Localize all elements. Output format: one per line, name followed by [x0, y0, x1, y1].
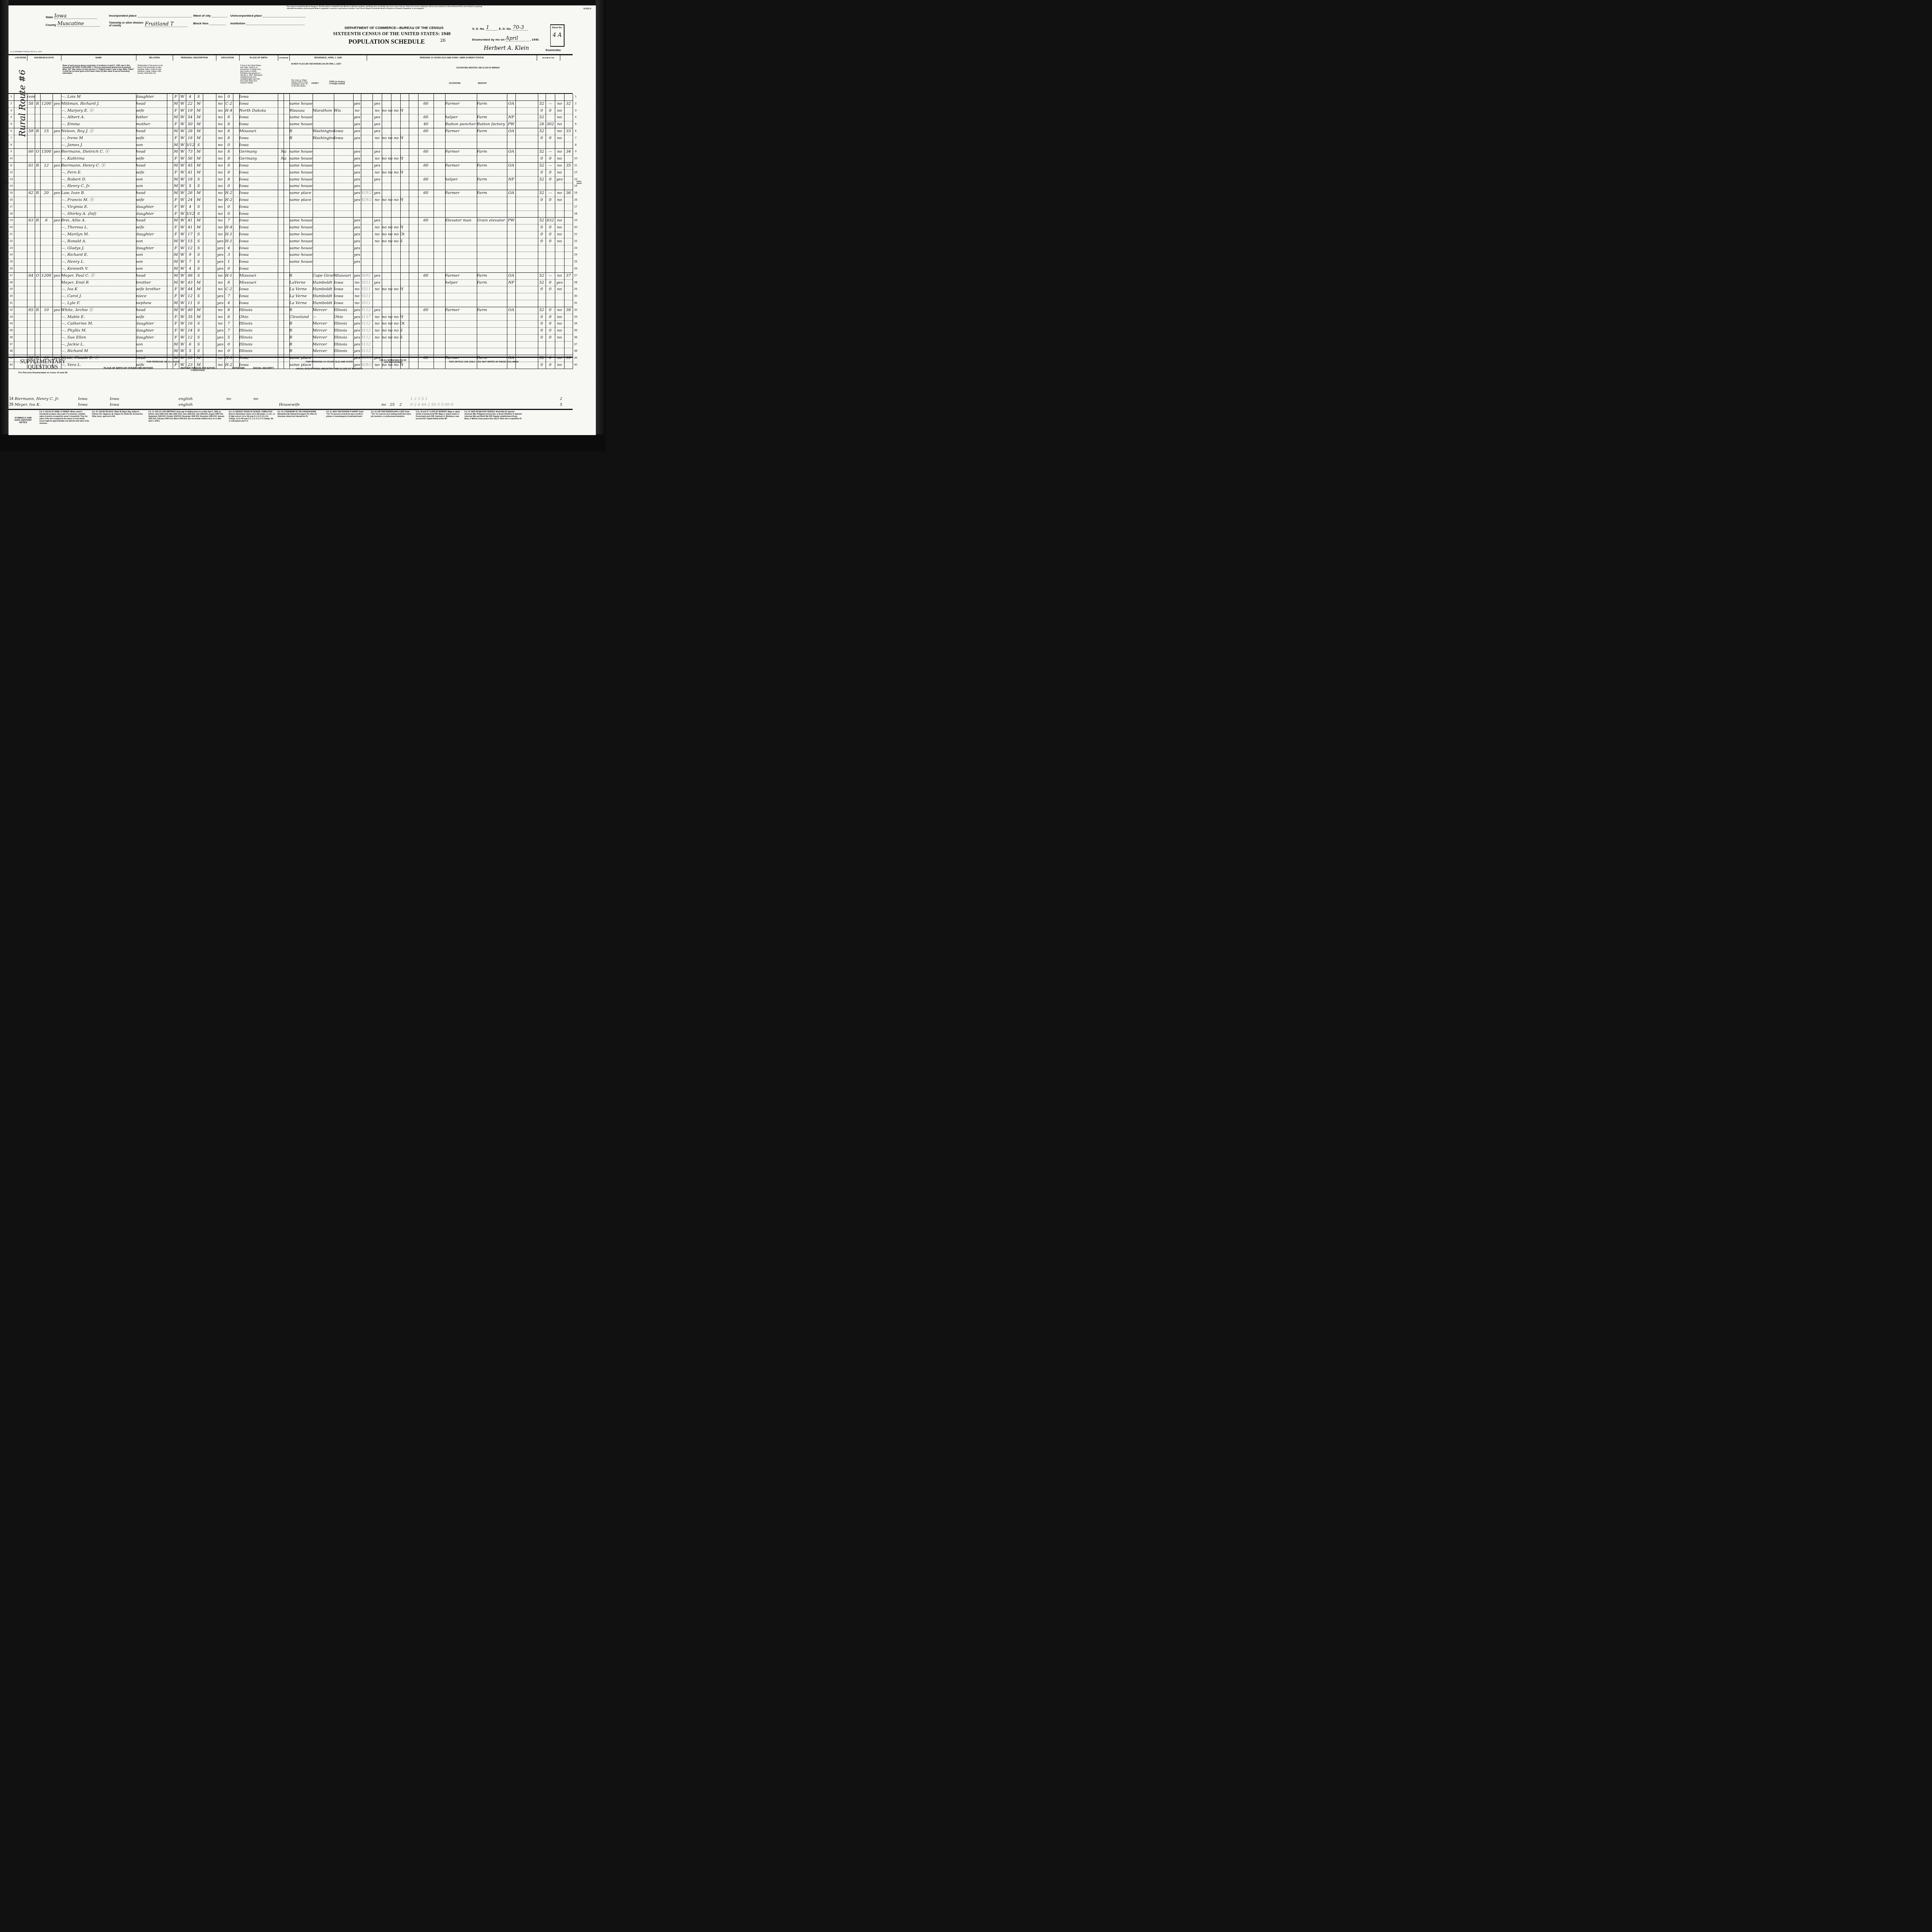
cell-race: W [179, 348, 186, 355]
cell-farm [53, 135, 61, 142]
cell-marital: M [194, 170, 203, 176]
cell-work: yes [372, 163, 382, 169]
cell-citizenship [278, 121, 289, 128]
form-number: 16-322 A [583, 8, 591, 10]
cell-citizenship [278, 266, 289, 272]
table-row: 35—, Phyllis M.daughterFW14Syes7Illinois… [9, 328, 573, 335]
cell-name: —, Richard E. [61, 252, 136, 259]
cell-marital: M [194, 121, 203, 128]
cell-wages [546, 266, 555, 272]
scan-edge-right [596, 0, 606, 451]
cell-relation: head [136, 163, 167, 169]
cell-res-code [361, 218, 372, 224]
cell-hours [418, 252, 434, 259]
cell-race: W [179, 108, 186, 114]
cell-line-right: 34 [573, 321, 579, 327]
cell-farm [53, 335, 61, 341]
cell-race: W [179, 273, 186, 279]
cell-race: W [179, 121, 186, 128]
table-row: 38—, Richard MsonMW5Sno0IllinoisRMercerI… [9, 348, 573, 355]
table-row: 659R15yesNelson, Roy J. ⓧheadMW28Mno8Mis… [9, 128, 573, 135]
cell-line-right: 16 [573, 197, 579, 204]
cell-birthplace: Iowa [239, 163, 278, 169]
cell-age: 5 [186, 183, 194, 190]
cell-tenure [35, 293, 40, 300]
cell-line: 29 [9, 286, 14, 293]
cell-line: 33 [9, 314, 14, 321]
cell-name: Mittman, Richard J. [61, 101, 136, 107]
cell-name: Brei, Allie A. [61, 218, 136, 224]
cell-other-income [555, 204, 564, 211]
cell-line: 9 [9, 149, 14, 155]
cell-industry: Farm [477, 114, 507, 121]
cell-age: 41 [186, 170, 194, 176]
cell-other-income [555, 266, 564, 272]
cell-res-county: Washington [313, 135, 334, 142]
cell-weeks [538, 211, 546, 218]
cell-farm-schedule [564, 238, 573, 245]
cell-race: W [179, 238, 186, 245]
cell-dwelling [27, 177, 35, 183]
cell-grade: 0 [224, 183, 233, 190]
supp-cell-mother: Iowa [110, 402, 141, 408]
cell-res-state [334, 183, 353, 190]
cell-line-right: 22 [573, 238, 579, 245]
cell-relation: head [136, 128, 167, 135]
cell-hours [418, 211, 434, 218]
cell-school: no [216, 321, 224, 327]
cell-hours [418, 286, 434, 293]
cell-res-code: 6112 [361, 307, 372, 314]
cell-work: yes [372, 307, 382, 314]
cell-sex: M [173, 114, 179, 121]
cell-res-state [334, 204, 353, 211]
cell-weeks: 26 [538, 121, 546, 128]
column-headers: LOCATION HOUSEHOLD DATA NAME RELATION PE… [9, 55, 573, 94]
cell-marital: S [194, 348, 203, 355]
cell-weeks [538, 252, 546, 259]
cell-res-code [361, 108, 372, 114]
cell-dwelling [27, 204, 35, 211]
scan-edge-bottom [0, 434, 606, 451]
cell-race: W [179, 335, 186, 341]
cell-weeks: 52 [538, 177, 546, 183]
cell-farm-schedule: 33 [564, 128, 573, 135]
cell-tenure [35, 342, 40, 348]
cell-tenure [35, 183, 40, 190]
cell-res-city: LaVerne [289, 280, 313, 286]
cell-wages [546, 293, 555, 300]
cell-occupation [445, 211, 476, 218]
cell-value: 12 [40, 163, 53, 169]
table-row: 36—, Sue EllendaughterFW12Syes5IllinoisR… [9, 335, 573, 342]
cell-farm [53, 142, 61, 149]
cell-occupation [445, 183, 476, 190]
cell-res-city: same house [289, 245, 313, 252]
table-row: 17—, Virginia E.daughterFW4Sno0Iowa17 [9, 204, 573, 211]
cell-weeks: 52 [538, 128, 546, 135]
cell-age: 22 [186, 101, 194, 107]
cell-age: 14 [186, 328, 194, 334]
cell-race: W [179, 259, 186, 265]
cell-line-right: 8 [573, 142, 579, 149]
supp-cell-married-more [379, 396, 388, 402]
cell-status [382, 307, 417, 314]
cell-work: no [372, 197, 382, 204]
cell-res-city: same house [289, 224, 313, 231]
cell-value [40, 197, 53, 204]
cell-status [382, 348, 417, 355]
cell-citizenship [278, 245, 289, 252]
cell-work [372, 342, 382, 348]
cell-relation: daughter [136, 328, 167, 334]
table-row: 258R1200yesMittman, Richard J.headMW22Mn… [9, 101, 573, 108]
cell-dwelling [27, 224, 35, 231]
cell-name: Biermann, Dietrich C. ⓧ [61, 149, 136, 155]
cell-industry [477, 245, 507, 252]
cell-other-income: no [555, 108, 564, 114]
cell-line: 1 [9, 94, 14, 100]
cell-wages [546, 204, 555, 211]
cell-res-state [334, 114, 353, 121]
cell-other-income [555, 252, 564, 259]
table-row: 16—, Francis M. ⓧwifeFW24MnoH-2Iowasame … [9, 197, 573, 204]
cell-age: 9 [186, 252, 194, 259]
cell-occupation [445, 204, 476, 211]
cell-status [382, 94, 417, 100]
cell-relation: father [136, 114, 167, 121]
cell-farm-schedule [564, 135, 573, 142]
cell-status: no no no H [382, 286, 417, 293]
cell-sex: M [173, 177, 179, 183]
cell-occupation [445, 314, 476, 321]
cell-farm: yes [53, 128, 61, 135]
cell-line-right: 10 [573, 156, 579, 162]
cell-dwelling [27, 348, 35, 355]
cell-line: 21 [9, 231, 14, 238]
cell-class [507, 231, 515, 238]
cell-grade: 8 [224, 156, 233, 162]
cell-marital: S [194, 238, 203, 245]
cell-name: —, Iva K [61, 286, 136, 293]
cell-farm-schedule [564, 231, 573, 238]
cell-line: 2 [9, 101, 14, 107]
cell-tenure [35, 286, 40, 293]
cell-hours [418, 266, 434, 272]
cell-occupation [445, 224, 476, 231]
cell-class: OA [507, 101, 515, 107]
cell-res-county [313, 238, 334, 245]
cell-marital: M [194, 224, 203, 231]
cell-res-code [361, 224, 372, 231]
cell-occupation [445, 156, 476, 162]
cell-hours [418, 170, 434, 176]
cell-relation: niece [136, 293, 167, 300]
cell-res-county [313, 190, 334, 197]
cell-hours: 60 [418, 307, 434, 314]
cell-birthplace: Illinois [239, 321, 278, 327]
supp-cell-married-more: no [379, 402, 388, 408]
enumerator-signature: Herbert A. Klein [484, 45, 529, 51]
cell-weeks: 0 [538, 170, 546, 176]
cell-race: W [179, 307, 186, 314]
cell-hours [418, 142, 434, 149]
cell-value [40, 348, 53, 355]
cell-sex: F [173, 211, 179, 218]
cell-other-income: no [555, 170, 564, 176]
cell-res-code [361, 94, 372, 100]
cell-school: no [216, 224, 224, 231]
cell-school: no [216, 170, 224, 176]
cell-res-county [313, 142, 334, 149]
cell-status [382, 204, 417, 211]
cell-status [382, 142, 417, 149]
cell-wages: 0 [546, 108, 555, 114]
cell-line: 8 [9, 142, 14, 149]
table-row: 12—, Fern E.wifeFW41Mno8Iowasame houseye… [9, 170, 573, 177]
cell-grade: 8 [224, 314, 233, 321]
cell-value [40, 231, 53, 238]
cell-race: W [179, 142, 186, 149]
cell-res-farm: yes [353, 218, 361, 224]
cell-occupation [445, 142, 476, 149]
cell-age: 40 [186, 307, 194, 314]
cell-farm [53, 177, 61, 183]
cell-farm: yes [53, 149, 61, 155]
cell-birthplace: Missouri [239, 128, 278, 135]
cell-grade: H-2 [224, 190, 233, 197]
cell-industry [477, 238, 507, 245]
table-row: 1161R12yesBiermann, Henry C. ⓧheadMW45Mn… [9, 163, 573, 170]
cell-other-income: no [555, 190, 564, 197]
cell-work: yes [372, 190, 382, 197]
cell-race: W [179, 231, 186, 238]
cell-res-city [289, 94, 313, 100]
cell-industry [477, 156, 507, 162]
cell-hours [418, 245, 434, 252]
cell-res-county: Humboldt [313, 293, 334, 300]
cell-value: 6 [40, 218, 53, 224]
cell-farm-schedule [564, 170, 573, 176]
cell-relation: wife [136, 314, 167, 321]
cell-hours: 60 [418, 114, 434, 121]
cell-grade: 8 [224, 121, 233, 128]
cell-tenure [35, 266, 40, 272]
cell-class [507, 135, 515, 142]
cell-res-county [313, 266, 334, 272]
cell-tenure: R [35, 307, 40, 314]
cell-industry [477, 342, 507, 348]
cell-school: no [216, 218, 224, 224]
cell-res-county: Mercer [313, 335, 334, 341]
cell-grade: 7 [224, 218, 233, 224]
cell-wages [546, 342, 555, 348]
cell-birthplace: Iowa [239, 135, 278, 142]
cell-wages: 0 [546, 135, 555, 142]
cell-age: 15 [186, 238, 194, 245]
cell-sex: M [173, 280, 179, 286]
cell-work: yes [372, 101, 382, 107]
cell-occupation: helper [445, 177, 476, 183]
cell-farm-schedule [564, 293, 573, 300]
cell-age: 16 [186, 321, 194, 327]
cell-line-right: 31 [573, 300, 579, 307]
cell-class [507, 170, 515, 176]
enumeration-date: Enumerated by me on April , 1940. [472, 36, 539, 41]
cell-other-income: no [555, 286, 564, 293]
table-row: 30—, Carol J.nieceFW12Syes7IowaLa VerneH… [9, 293, 573, 300]
cell-name: —, Henry C. Jr. [61, 183, 136, 190]
supplementary-row: 14Biermann, Henry C. Jr.IowaIowaenglishn… [9, 396, 573, 402]
cell-relation: son [136, 252, 167, 259]
cell-status [382, 273, 417, 279]
cell-class [507, 266, 515, 272]
cell-tenure [35, 211, 40, 218]
cell-name: —, Richard M [61, 348, 136, 355]
cell-marital: S [194, 245, 203, 252]
cell-occupation: Farmer [445, 101, 476, 107]
cell-birthplace: Iowa [239, 204, 278, 211]
cell-grade: H-4 [224, 108, 233, 114]
cell-res-county [313, 197, 334, 204]
cell-hours: 60 [418, 273, 434, 279]
cell-hours [418, 348, 434, 355]
cell-name: —, Carol J. [61, 293, 136, 300]
cell-hours: 60 [418, 149, 434, 155]
cell-school: no [216, 197, 224, 204]
ward-field: Ward of city [193, 14, 227, 17]
cell-citizenship [278, 128, 289, 135]
cell-class [507, 183, 515, 190]
cell-citizenship [278, 101, 289, 107]
cell-res-county [313, 224, 334, 231]
cell-birthplace: Iowa [239, 197, 278, 204]
supp-cell-name: Biermann, Henry C. Jr. [15, 396, 77, 402]
cell-res-city: same house [289, 259, 313, 265]
cell-other-income: yes [555, 177, 564, 183]
cell-farm [53, 328, 61, 334]
cell-res-code: 6511 [361, 280, 372, 286]
cell-res-state: Missouri [334, 273, 353, 279]
cell-age: 44 [186, 286, 194, 293]
cell-res-state [334, 218, 353, 224]
cell-grade: 0 [224, 348, 233, 355]
supp-cell-office: 1 2 3 5 1 [410, 396, 549, 402]
cell-citizenship [278, 252, 289, 259]
cell-marital: S [194, 293, 203, 300]
cell-res-code [361, 252, 372, 259]
cell-name: —, Emma [61, 121, 136, 128]
cell-other-income [555, 348, 564, 355]
cell-line-right: 6 [573, 128, 579, 135]
cell-sex: M [173, 342, 179, 348]
cell-res-farm: yes [353, 156, 361, 162]
cell-birthplace: Iowa [239, 183, 278, 190]
cell-line-right: 37 [573, 342, 579, 348]
cell-work [372, 266, 382, 272]
cell-grade: 0 [224, 266, 233, 272]
cell-value [40, 183, 53, 190]
cell-farm [53, 321, 61, 327]
cell-res-code [361, 156, 372, 162]
cell-name: Biermann, Henry C. ⓧ [61, 163, 136, 169]
cell-weeks [538, 293, 546, 300]
cell-line: 32 [9, 307, 14, 314]
cell-sex: F [173, 135, 179, 142]
cell-hours: 60 [418, 177, 434, 183]
cell-farm-schedule [564, 224, 573, 231]
cell-race: W [179, 170, 186, 176]
cell-sex: F [173, 335, 179, 341]
cell-occupation: helper [445, 114, 476, 121]
cell-weeks: 0 [538, 328, 546, 334]
cell-industry [477, 231, 507, 238]
cell-school: no [216, 177, 224, 183]
cell-line-right: 28 [573, 280, 579, 286]
cell-work: yes [372, 121, 382, 128]
cell-tenure [35, 224, 40, 231]
cell-race: W [179, 177, 186, 183]
institution-field: Institution [230, 22, 304, 25]
cell-race: W [179, 286, 186, 293]
supp-cell-usual-occupation [279, 396, 314, 402]
cell-occupation: Farmer [445, 190, 476, 197]
township-value: Fruitland T [145, 22, 187, 27]
cell-marital: S [194, 252, 203, 259]
cell-school: no [216, 149, 224, 155]
cell-farm-schedule [564, 252, 573, 259]
cell-race: W [179, 328, 186, 334]
cell-res-code: 6112 [361, 335, 372, 341]
table-row: 1963R6yesBrei, Allie A.headMW41Mno7Iowas… [9, 218, 573, 224]
cell-work [372, 183, 382, 190]
cell-name: Meyer, Paul C. ⓧ [61, 273, 136, 279]
cell-school: yes [216, 259, 224, 265]
table-row: 33—, Mable E.wifeFW35Mno8OhioCleveland—O… [9, 314, 573, 321]
cell-wages [546, 259, 555, 265]
cell-tenure [35, 142, 40, 149]
cell-class [507, 211, 515, 218]
cell-marital: S [194, 211, 203, 218]
cell-res-state [334, 224, 353, 231]
cell-name: —, Shirley A. (Inf) [61, 211, 136, 218]
cell-name: —, Theresa L. [61, 224, 136, 231]
cell-line-right: 23 [573, 245, 579, 252]
cell-hours [418, 259, 434, 265]
cell-industry [477, 335, 507, 341]
cell-line-right: 29 [573, 286, 579, 293]
cell-name: —, Irene M [61, 135, 136, 142]
cell-tenure [35, 280, 40, 286]
cell-grade: H-2 [224, 197, 233, 204]
cell-res-code [361, 177, 372, 183]
cell-grade: 4 [224, 245, 233, 252]
cell-school: no [216, 204, 224, 211]
cell-farm-schedule [564, 348, 573, 355]
supp-cell-ss: no [252, 396, 260, 402]
cell-res-farm: yes [353, 101, 361, 107]
cell-industry [477, 183, 507, 190]
cell-sex: M [173, 259, 179, 265]
cell-school: no [216, 211, 224, 218]
cell-age: 19 [186, 108, 194, 114]
cell-status: no no no S [382, 335, 417, 341]
cell-res-county: Washington [313, 128, 334, 135]
cell-res-state: Ohio [334, 314, 353, 321]
schedule-title: POPULATION SCHEDULE [349, 39, 425, 46]
cell-wages [546, 183, 555, 190]
cell-birthplace: Iowa [239, 177, 278, 183]
